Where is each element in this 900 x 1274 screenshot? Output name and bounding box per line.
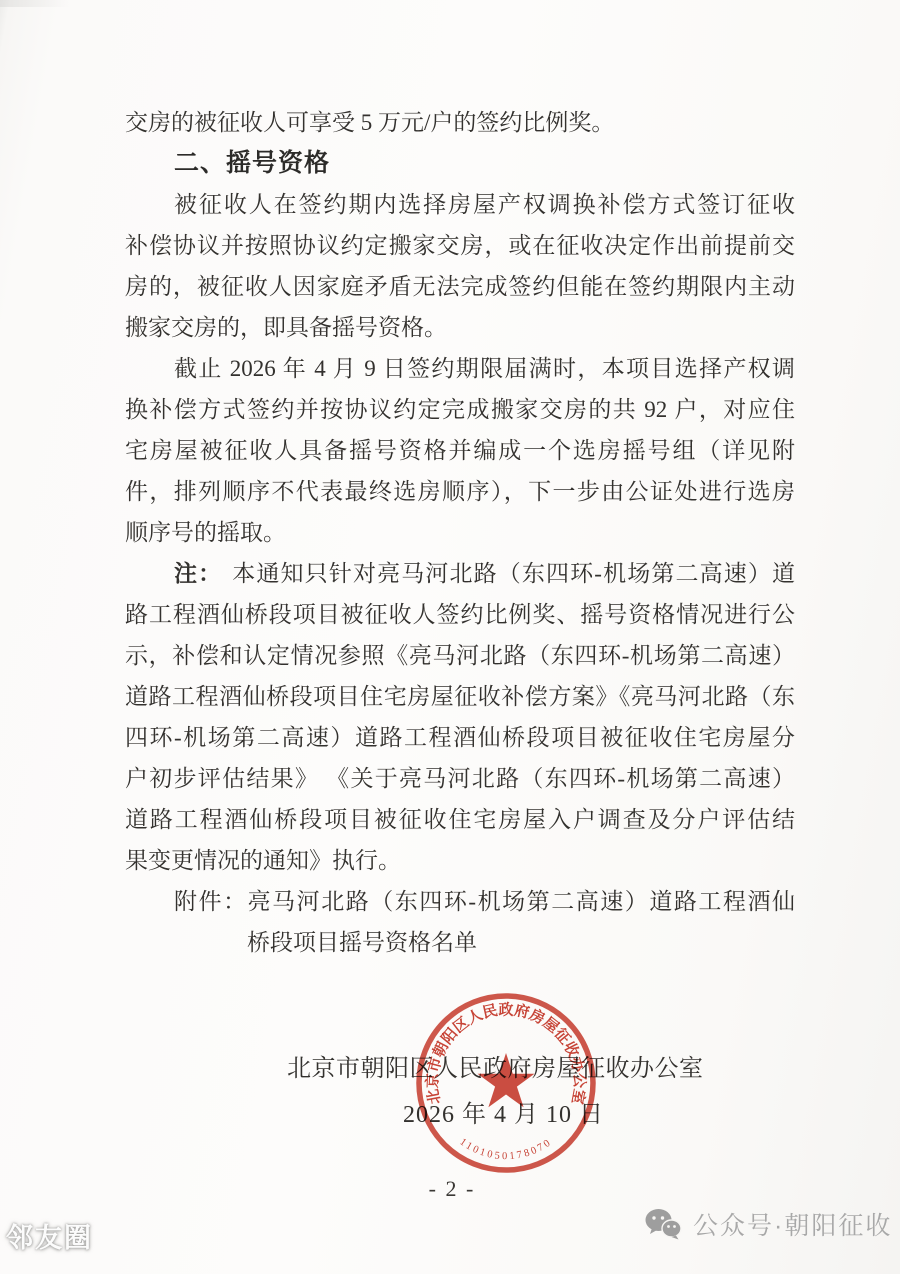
watermark-linyouquan: 邻友圈 xyxy=(6,1216,93,1255)
body-line: 果变更情况的通知》执行。 xyxy=(125,840,795,881)
wechat-account-footer: 公众号·朝阳征收 xyxy=(645,1206,892,1242)
body-line: 道路工程酒仙桥段项目住宅房屋征收补偿方案》《亮马河北路（东 xyxy=(125,676,795,717)
body-line: 路工程酒仙桥段项目被征收人签约比例奖、摇号资格情况进行公 xyxy=(125,594,795,635)
note-first-line: 注：本通知只针对亮马河北路（东四环-机场第二高速）道 xyxy=(125,553,795,594)
body-line: 道路工程酒仙桥段项目被征收住宅房屋入户调查及分户评估结 xyxy=(125,799,795,840)
official-seal: 北京市朝阳区人民政府房屋征收办公室 1101050178070 xyxy=(411,988,601,1178)
body-line: 被征收人在签约期内选择房屋产权调换补偿方式签订征收 xyxy=(125,184,795,225)
attachment-line: 桥段项目摇号资格名单 xyxy=(247,922,795,963)
scan-artifact xyxy=(0,0,70,7)
body-line: 顺序号的摇取。 xyxy=(125,512,795,553)
body-line: 示，补偿和认定情况参照《亮马河北路（东四环-机场第二高速） xyxy=(125,635,795,676)
seal-star-icon xyxy=(478,1053,535,1107)
body-line: 宅房屋被征收人具备摇号资格并编成一个选房摇号组（详见附 xyxy=(125,430,795,471)
seal-serial: 1101050178070 xyxy=(458,1137,555,1163)
page-number: - 2 - xyxy=(117,1176,787,1202)
note-label: 注： xyxy=(174,561,222,586)
body-line: 换补偿方式签约并按协议约定完成搬家交房的共 92 户，对应住 xyxy=(125,389,795,430)
body-line: 截止 2026 年 4 月 9 日签约期限届满时，本项目选择产权调 xyxy=(125,348,795,389)
body-line: 户初步评估结果》 《关于亮马河北路（东四环-机场第二高速） xyxy=(125,758,795,799)
attachment-line: 附件：亮马河北路（东四环-机场第二高速）道路工程酒仙 xyxy=(125,881,795,922)
attachment-label: 附件： xyxy=(174,889,248,914)
body-line: 补偿协议并按照协议约定搬家交房，或在征收决定作出前提前交 xyxy=(125,225,795,266)
body-line: 四环-机场第二高速）道路工程酒仙桥段项目被征收住宅房屋分 xyxy=(125,717,795,758)
body-line: 房的，被征收人因家庭矛盾无法完成签约但能在签约期限内主动 xyxy=(125,266,795,307)
notice-body: 交房的被征收人可享受 5 万元/户的签约比例奖。 二、摇号资格 被征收人在签约期… xyxy=(125,102,795,963)
body-line: 交房的被征收人可享受 5 万元/户的签约比例奖。 xyxy=(125,102,795,143)
note-text: 本通知只针对亮马河北路（东四环-机场第二高速）道 xyxy=(232,561,795,586)
body-line: 搬家交房的，即具备摇号资格。 xyxy=(125,307,795,348)
wechat-icon xyxy=(645,1208,682,1240)
wechat-account-label: 公众号·朝阳征收 xyxy=(693,1206,892,1242)
section-heading: 二、摇号资格 xyxy=(125,143,795,184)
body-line: 件，排列顺序不代表最终选房顺序），下一步由公证处进行选房 xyxy=(125,471,795,512)
notice-page: 交房的被征收人可享受 5 万元/户的签约比例奖。 二、摇号资格 被征收人在签约期… xyxy=(0,0,900,1274)
attachment-text: 亮马河北路（东四环-机场第二高速）道路工程酒仙 xyxy=(248,889,795,914)
